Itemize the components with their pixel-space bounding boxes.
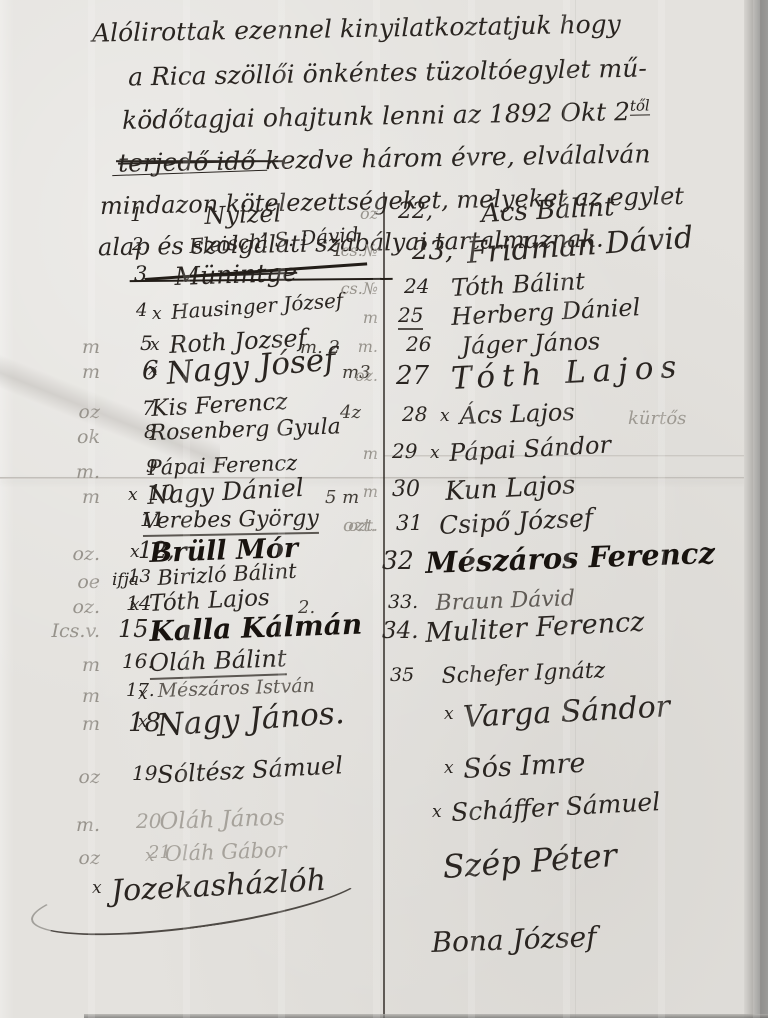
margin-pencil-mark: oe: [28, 571, 100, 593]
margin-pencil-mark: m: [28, 486, 100, 508]
margin-pencil-mark: m: [28, 713, 100, 735]
x-mark: ifja: [112, 570, 139, 590]
margin-pencil-mark: oz: [28, 847, 100, 869]
entry-number: 15: [118, 615, 149, 643]
x-mark: x: [432, 802, 442, 822]
margin-pencil-mark: oz.: [28, 596, 100, 618]
entry-number: 28: [402, 402, 427, 426]
entry-note: kürtős: [628, 408, 686, 429]
signature-name: Sós Imre: [462, 748, 586, 785]
entry-number: 29: [392, 439, 417, 463]
signature-name: Hausinger József: [170, 288, 344, 324]
entry-number: 33.: [388, 591, 418, 613]
signature-name: Kun Lajos: [444, 470, 576, 507]
signature-name: Münintge: [174, 258, 298, 291]
entry-number: 20: [136, 809, 161, 833]
header-line-3: ködőtagjai ohajtunk lenni az 1892 Okt 2t…: [122, 96, 650, 135]
signature-name: Sóltész Sámuel: [157, 751, 344, 789]
signature-name: Schefer Ignátz: [441, 658, 606, 689]
entry-number: 35: [390, 664, 414, 686]
margin-pencil-mark: m: [326, 308, 378, 327]
signature-name: Jozekasházlóh: [110, 863, 327, 909]
x-mark: x: [138, 712, 148, 732]
scan-edge-bottom: [84, 1014, 768, 1018]
entry-number: 23,: [412, 236, 453, 266]
margin-pencil-mark: oz: [326, 204, 378, 223]
x-mark: x: [152, 304, 162, 324]
signature-name: Ács Bálint: [480, 192, 615, 229]
column-divider-line: [383, 192, 385, 1018]
margin-pencil-mark: ozt.: [326, 516, 378, 535]
entry-number: 30: [392, 477, 420, 502]
x-mark: x: [444, 758, 454, 778]
margin-pencil-mark: oz: [28, 401, 100, 423]
margin-pencil-mark: cs.№: [326, 241, 378, 260]
signature-name: Nyizél: [204, 199, 282, 230]
margin-pencil-mark: Ics.v.: [28, 620, 100, 642]
margin-pencil-mark: cs.№: [326, 279, 378, 298]
margin-pencil-mark: m: [28, 685, 100, 707]
signature-name: Rosenberg Gyula: [149, 414, 341, 446]
margin-pencil-mark: m.: [28, 814, 100, 836]
margin-pencil-mark: m: [28, 336, 100, 358]
entry-number: 26: [406, 332, 431, 356]
margin-pencil-mark: m: [28, 654, 100, 676]
entry-number: 2: [132, 234, 143, 255]
header-line-1: Alólirottak ezennel kinyilatkoztatjuk ho…: [92, 9, 621, 47]
x-mark: x: [148, 360, 158, 380]
signature-name: Pápai Sándor: [449, 431, 612, 467]
signature-name: Scháffer Sámuel: [450, 787, 660, 827]
header-line-4-text: kezdve három évre, elválalván: [265, 139, 650, 175]
signature-name: Bona József: [431, 920, 597, 959]
signature-name: Kalla Kálmán: [149, 608, 363, 648]
entry-number: 4: [136, 300, 147, 321]
x-mark: x: [130, 595, 140, 615]
signature-name: Nagy János.: [155, 695, 345, 744]
margin-pencil-mark: m: [326, 444, 378, 463]
entry-number: 25: [398, 303, 423, 330]
margin-pencil-mark: oz.: [326, 366, 378, 385]
superscript-suffix: től: [630, 96, 650, 115]
entry-number: 24: [404, 274, 429, 298]
x-mark: x: [440, 406, 450, 426]
entry-number: 32: [382, 546, 414, 575]
header-line-4: terjedő időkezdve három évre, elválalván: [118, 139, 651, 177]
header-line-3-text: ködőtagjai ohajtunk lenni az 1892 Okt 2: [122, 97, 630, 135]
signature-name: Ács Lajos: [459, 398, 575, 430]
entry-number: 1: [130, 202, 143, 226]
margin-pencil-mark: m: [326, 482, 378, 501]
signature-name: Oláh János: [159, 805, 285, 835]
entry-number: 31: [396, 511, 423, 535]
x-mark: x: [150, 335, 160, 355]
x-mark: x: [128, 485, 138, 505]
signature-name: Mészáros Ferencz: [425, 536, 716, 580]
struck-out-words: terjedő idő: [118, 146, 256, 177]
margin-pencil-mark: oz: [28, 766, 100, 788]
x-mark: x: [444, 704, 454, 724]
margin-pencil-mark: m.: [28, 461, 100, 483]
signature-name: Szép Péter: [441, 836, 618, 886]
entry-note: 4z: [340, 402, 361, 423]
scanned-document-page: Alólirottak ezennel kinyilatkoztatjuk ho…: [0, 0, 768, 1018]
signature-name: Varga Sándor: [462, 689, 671, 735]
x-mark: x: [145, 846, 155, 866]
entry-number: 34.: [382, 618, 419, 644]
x-mark: x: [430, 443, 440, 463]
scan-edge-right: [744, 0, 768, 1018]
entry-number: 27: [396, 361, 429, 391]
entry-number: 22,: [398, 199, 433, 224]
header-line-2: a Rica szöllői önkéntes tüzoltóegylet mű…: [128, 53, 647, 91]
margin-pencil-mark: oz.: [28, 543, 100, 565]
margin-pencil-mark: m.: [326, 337, 378, 356]
entry-number: 3: [134, 262, 147, 286]
margin-pencil-mark: m: [28, 361, 100, 383]
signature-name: Oláh Bálint: [149, 644, 287, 680]
signature-name: Csipő József: [438, 503, 593, 540]
x-mark: x: [138, 684, 148, 704]
entry-number: 19: [132, 761, 157, 785]
margin-pencil-mark: ok: [28, 426, 100, 448]
x-mark: x: [130, 542, 140, 562]
